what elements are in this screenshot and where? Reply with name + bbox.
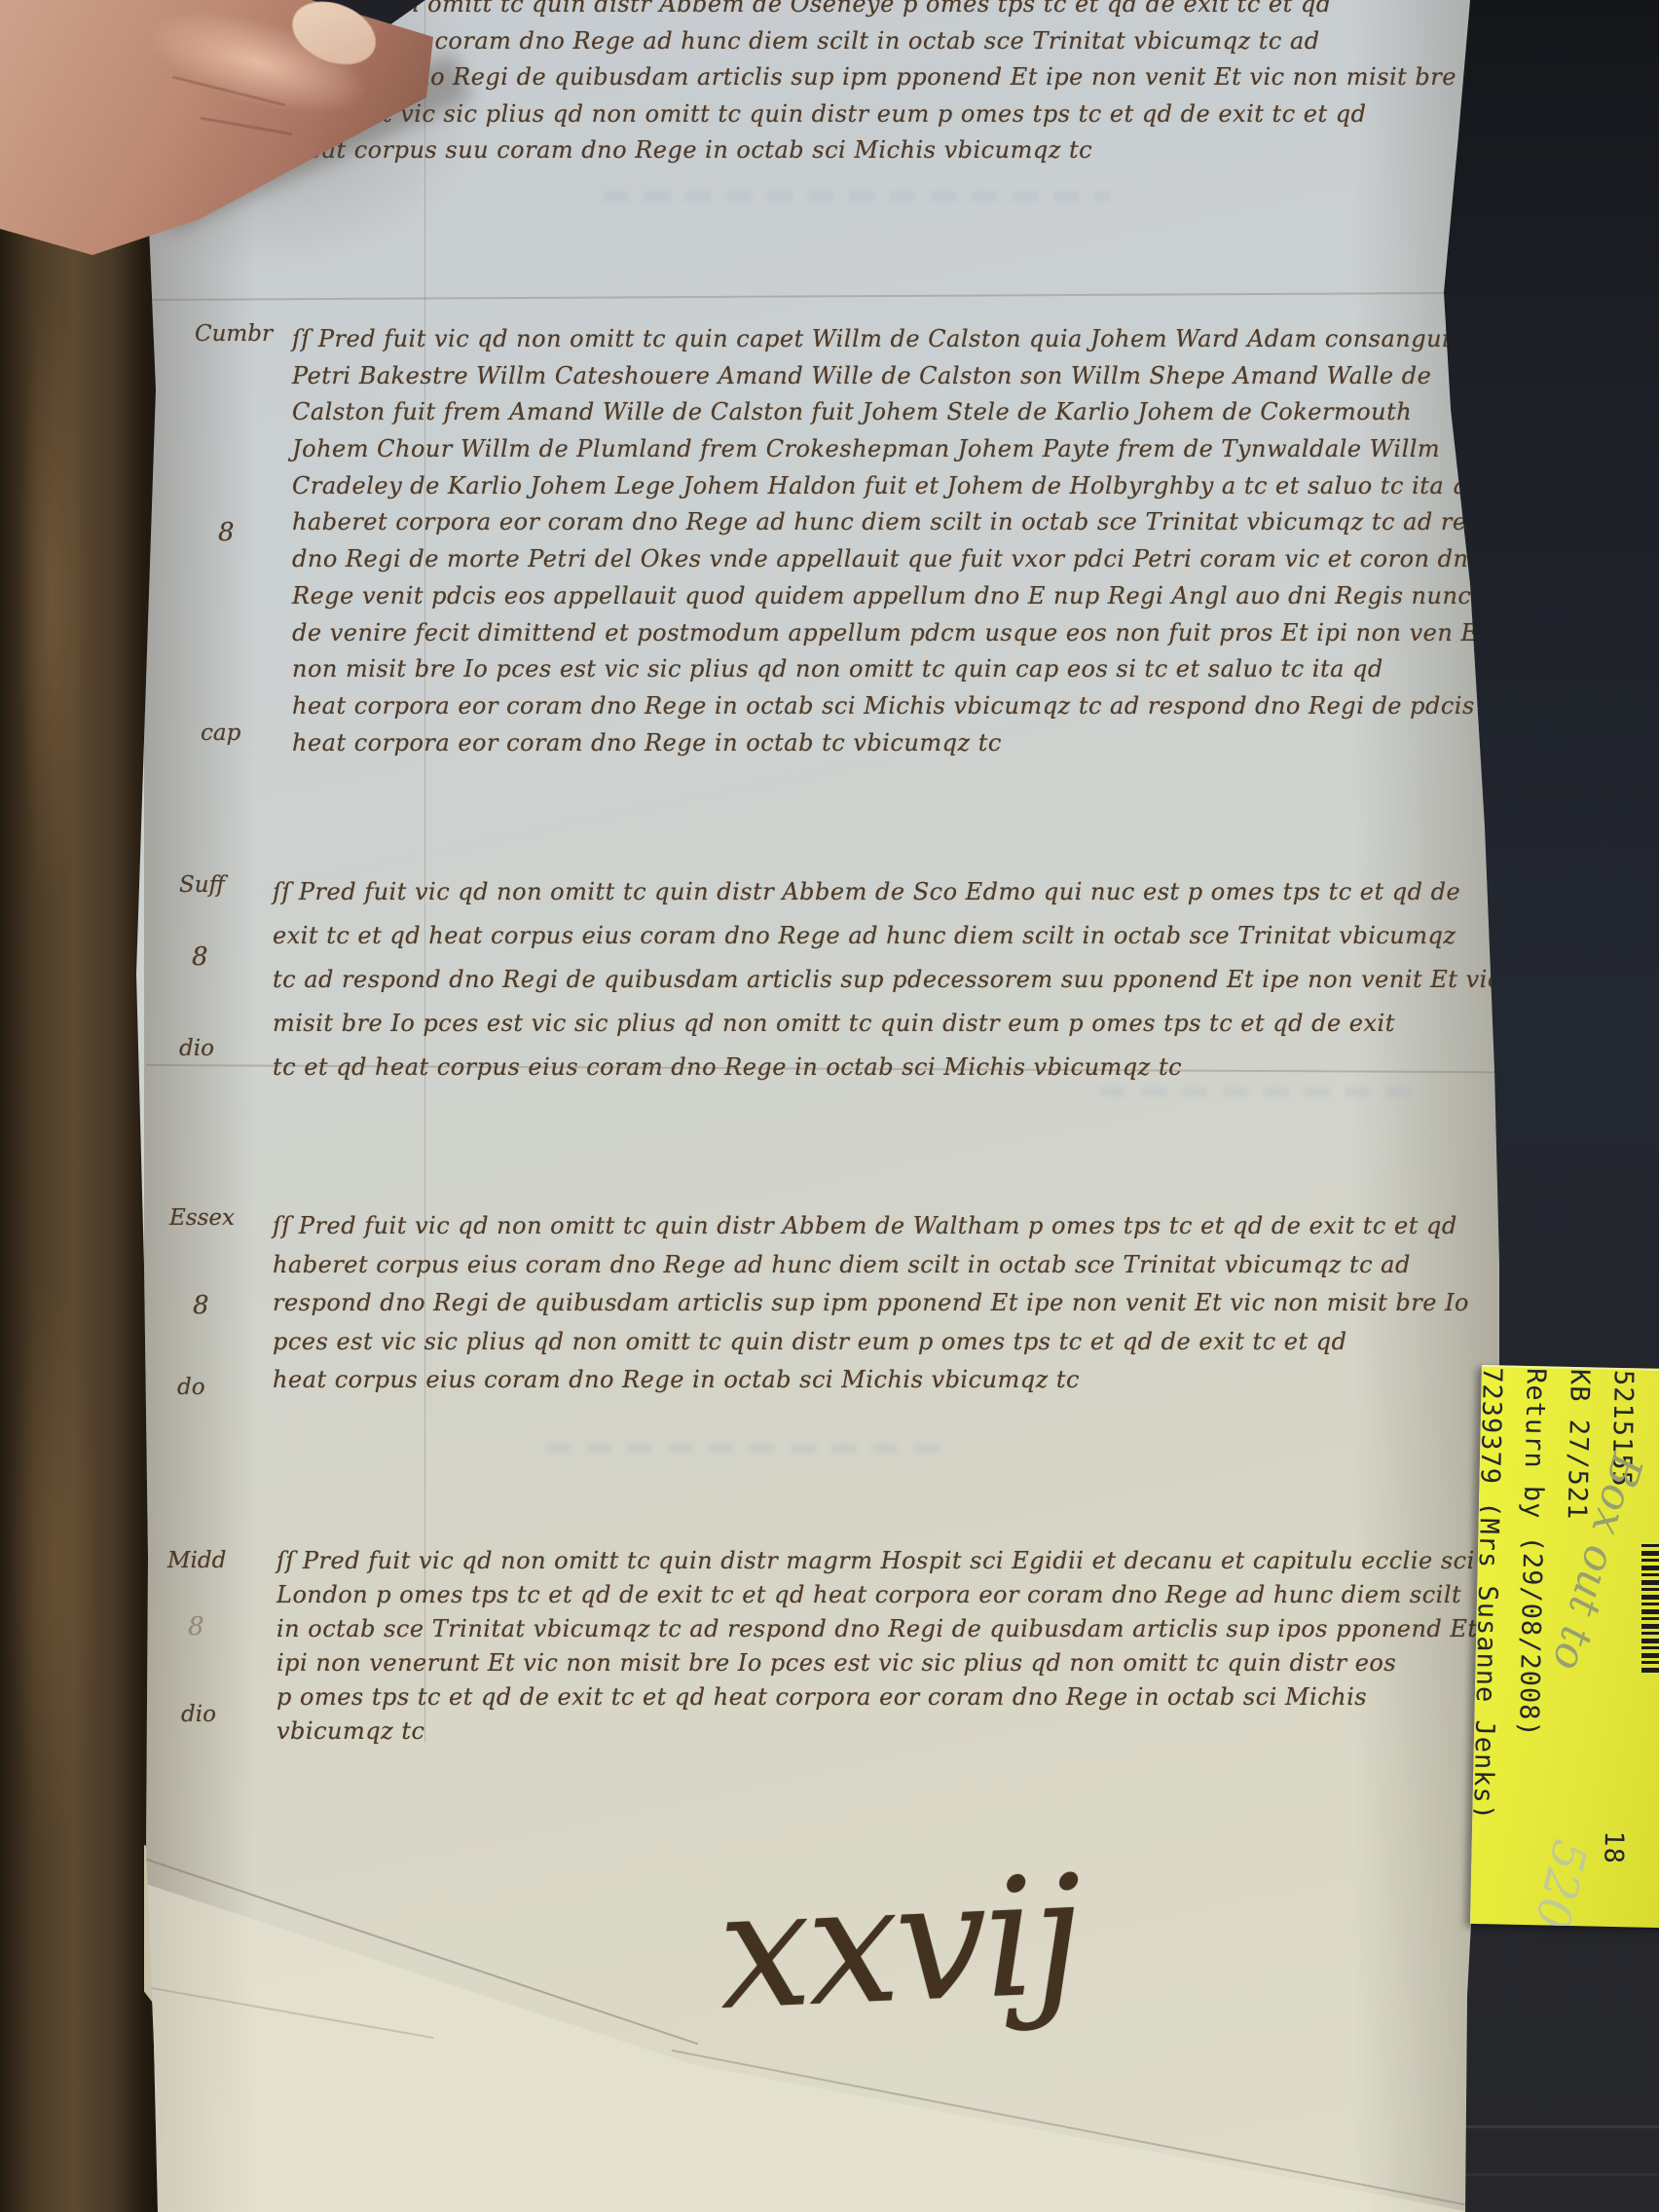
photo-of-plea-roll: vic qd non omitt tc quin distr Abbem de …: [0, 0, 1659, 2212]
manuscript-line: ſſ Pred fuit vic qd non omitt tc quin ca…: [292, 321, 1556, 358]
crease-line: [146, 292, 1494, 301]
margin-mark-8: 8: [218, 518, 235, 547]
mat-seam: [1441, 2173, 1659, 2176]
manuscript-line: Rege venit pdcis eos appellauit quod qui…: [292, 578, 1556, 615]
manuscript-line: respond dno Regi de quibusdam articlis s…: [273, 1284, 1469, 1323]
manuscript-line: ſſ Pred fuit vic qd non omitt tc quin di…: [273, 870, 1555, 914]
county-margin-heading: Suff: [179, 872, 225, 898]
plea-roll-entry-cumberland: ſſ Pred fuit vic qd non omitt tc quin ca…: [292, 321, 1556, 761]
manuscript-line: ſſ Pred fuit vic qd non omitt tc quin di…: [273, 1207, 1469, 1246]
margin-mark-8: 8: [188, 1612, 204, 1641]
manuscript-line: haberet corpus eius coram dno Rege ad hu…: [273, 1246, 1469, 1285]
roll-spine-leather-strip: [0, 115, 164, 2212]
membrane-number-xxvij: xxvij: [715, 1840, 1083, 2046]
manuscript-line: heat corpora eor coram dno Rege in octab…: [292, 725, 1556, 762]
note-piece-number: 18: [1591, 1830, 1636, 1864]
manuscript-line: pces est vic sic plius qd non omitt tc q…: [273, 1323, 1469, 1362]
manuscript-line: London p omes tps tc et qd de exit tc et…: [276, 1578, 1544, 1612]
plea-roll-entry-essex: ſſ Pred fuit vic qd non omitt tc quin di…: [273, 1207, 1469, 1400]
manuscript-line: non misit bre Io pces est vic sic plius …: [292, 651, 1556, 688]
margin-footword: dio: [179, 1036, 214, 1061]
margin-footword: dio: [181, 1702, 216, 1727]
margin-footword: do: [177, 1375, 205, 1400]
manuscript-line: heat corpora eor coram dno Rege in octab…: [292, 688, 1556, 725]
manuscript-line: de venire fecit dimittend et postmodum a…: [292, 615, 1556, 652]
manuscript-line: dno Regi de morte Petri del Okes vnde ap…: [292, 541, 1556, 578]
note-rotated-text-block: 5215155 18 KB 27/521 Return by (29/08/20…: [1471, 1367, 1659, 1929]
county-margin-heading: Midd: [167, 1548, 226, 1573]
manuscript-line: misit bre Io pces est vic sic plius qd n…: [273, 1002, 1555, 1046]
manuscript-line: ipi non venerunt Et vic non misit bre Io…: [276, 1646, 1544, 1680]
manuscript-line: p omes tps tc et qd de exit tc et qd hea…: [276, 1680, 1544, 1714]
margin-mark-8: 8: [193, 1291, 209, 1320]
archivist-hand: [0, 0, 506, 292]
plea-roll-entry-middlesex: ſſ Pred fuit vic qd non omitt tc quin di…: [276, 1544, 1544, 1749]
manuscript-line: vbicumqz tc: [276, 1714, 1544, 1749]
verso-show-through: [545, 1443, 954, 1454]
manuscript-line: Calston fuit frem Amand Wille de Calston…: [292, 394, 1556, 431]
county-margin-heading: Cumbr: [195, 321, 273, 347]
plea-roll-entry-suffolk: ſſ Pred fuit vic qd non omitt tc quin di…: [273, 870, 1555, 1089]
manuscript-line: tc ad respond dno Regi de quibusdam arti…: [273, 958, 1555, 1002]
margin-footword: cap: [201, 720, 240, 746]
archive-sticky-note: 5215155 18 KB 27/521 Return by (29/08/20…: [1470, 1365, 1659, 1929]
manuscript-line: exit tc et qd heat corpus eius coram dno…: [273, 914, 1555, 958]
parchment-membrane: vic qd non omitt tc quin distr Abbem de …: [0, 0, 1659, 2212]
margin-mark-8: 8: [192, 942, 208, 972]
manuscript-line: heat corpus eius coram dno Rege in octab…: [273, 1361, 1469, 1400]
manuscript-line: haberet corpora eor coram dno Rege ad hu…: [292, 504, 1556, 541]
note-barcode: [1641, 1544, 1659, 1673]
verso-show-through: [604, 191, 1110, 202]
manuscript-line: tc et qd heat corpus eius coram dno Rege…: [273, 1046, 1555, 1089]
county-margin-heading: Essex: [169, 1205, 235, 1231]
manuscript-line: in octab sce Trinitat vbicumqz tc ad res…: [276, 1612, 1544, 1646]
mat-seam: [1441, 2125, 1659, 2128]
manuscript-line: Johem Chour Willm de Plumland frem Croke…: [292, 431, 1556, 468]
manuscript-line: Cradeley de Karlio Johem Lege Johem Hald…: [292, 468, 1556, 505]
manuscript-line: ſſ Pred fuit vic qd non omitt tc quin di…: [276, 1544, 1544, 1578]
manuscript-line: Petri Bakestre Willm Cateshouere Amand W…: [292, 358, 1556, 395]
